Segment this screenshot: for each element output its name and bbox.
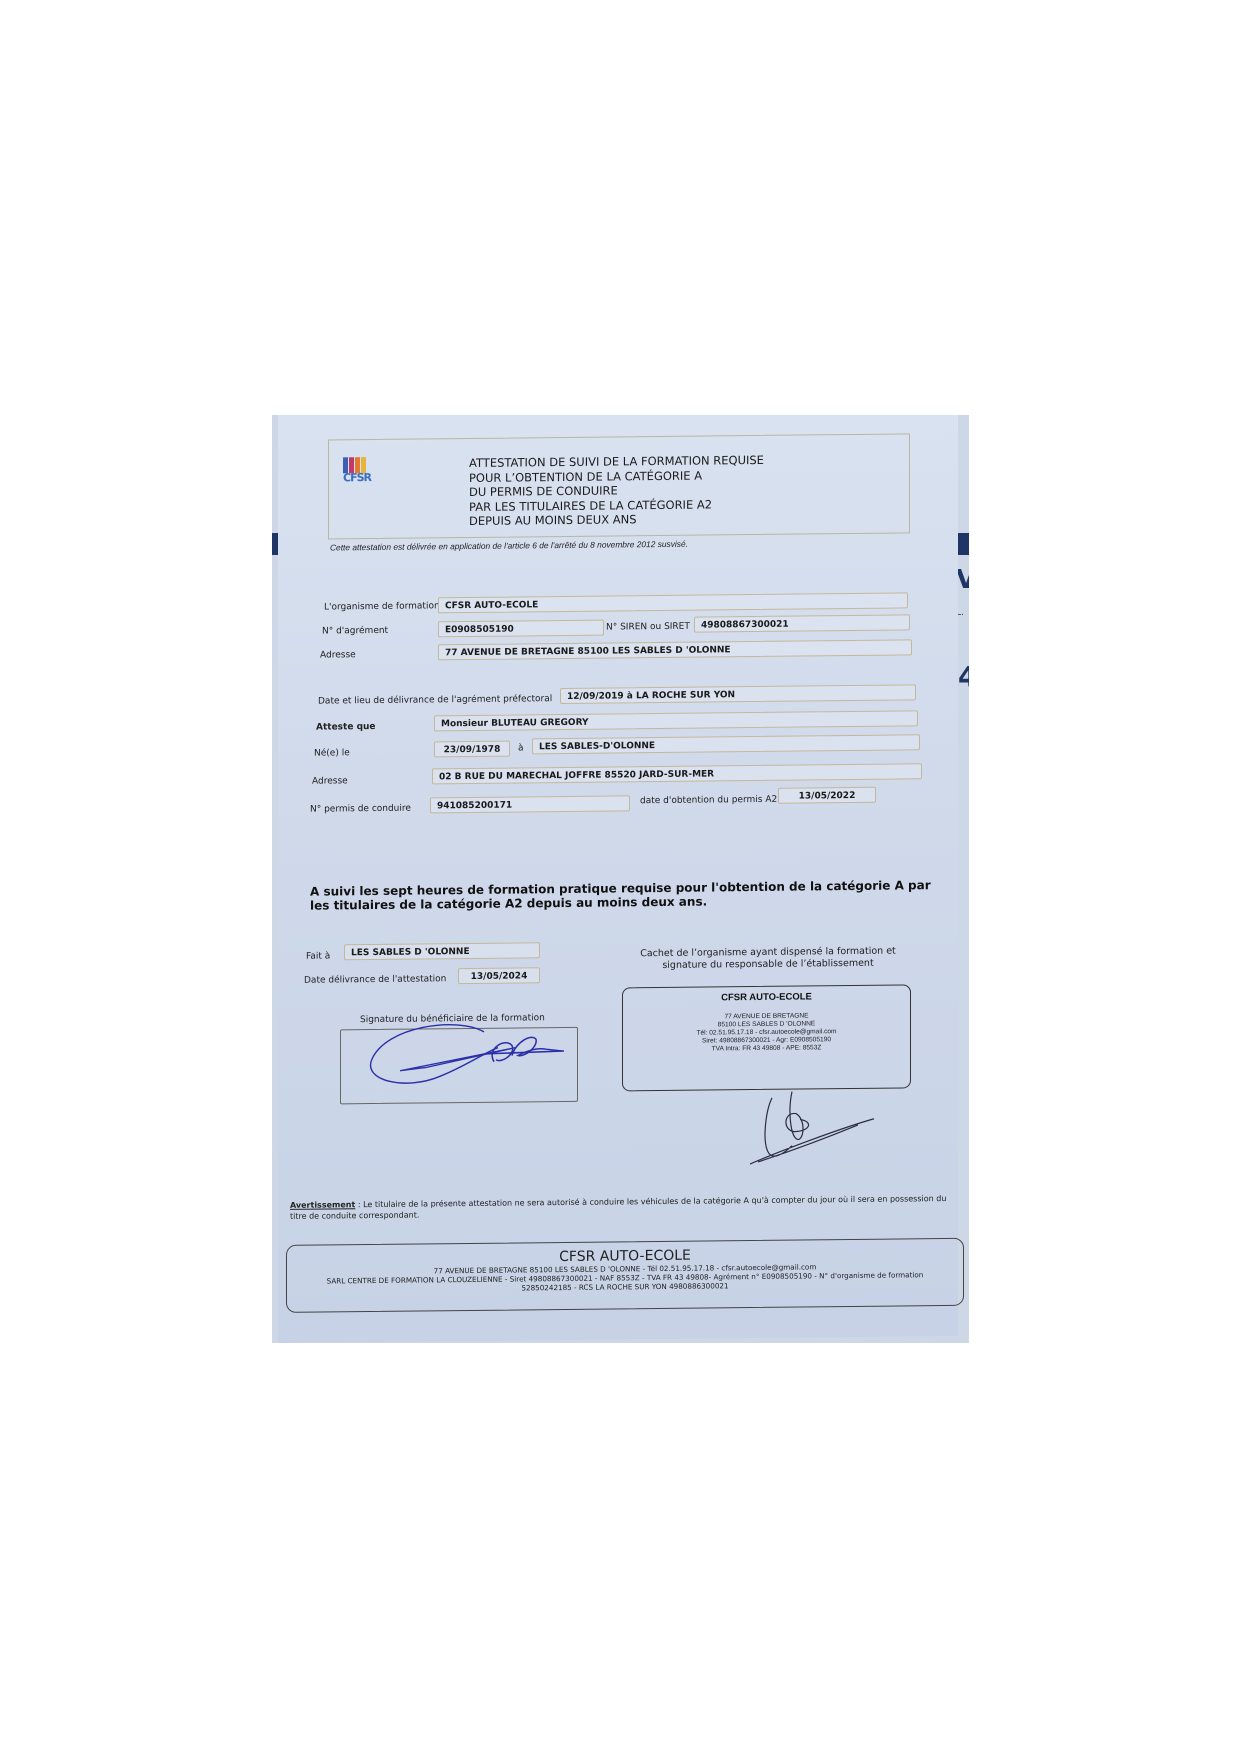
label-permis: N° permis de conduire [310,804,411,815]
label-adresse-organisme: Adresse [320,650,356,660]
field-organisme: CFSR AUTO-ECOLE [438,592,908,613]
field-fait-a: LES SABLES D 'OLONNE [344,942,540,960]
label-adresse-beneficiaire: Adresse [312,776,348,786]
field-adresse-organisme: 77 AVENUE DE BRETAGNE 85100 LES SABLES D… [438,639,912,660]
label-organisme: L'organisme de formation [324,601,440,612]
field-nom: Monsieur BLUTEAU GREGORY [434,710,918,731]
label-date-agrement: Date et lieu de délivrance de l'agrément… [318,694,552,706]
cfsr-logo: CFSR [343,457,369,487]
field-agrement: E0908505190 [438,620,604,638]
label-atteste-que: Atteste que [316,722,376,733]
document-photo: V L. I 4 CFSR ATTESTATION DE SUIVI DE LA… [272,415,969,1343]
label-date-a2: date d'obtention du permis A2 [640,795,777,806]
stamp-caption-line: signature du responsable de l’établissem… [638,958,898,973]
stamp-name: CFSR AUTO-ECOLE [623,990,910,1004]
label-a: à [518,743,524,753]
document-title: ATTESTATION DE SUIVI DE LA FORMATION REQ… [469,453,764,529]
stamp-line: TVA Intra: FR 43 49808 - APE: 8553Z [623,1043,910,1054]
field-date-agrement: 12/09/2019 à LA ROCHE SUR YON [560,684,916,704]
field-siret: 49808867300021 [694,614,910,632]
warning-notice: Avertissement : Le titulaire de la prése… [290,1193,960,1222]
title-line: DEPUIS AU MOINS DEUX ANS [469,511,764,529]
label-ne-le: Né(e) le [314,748,350,758]
field-adresse-beneficiaire: 02 B RUE DU MARECHAL JOFFRE 85520 JARD-S… [432,763,922,784]
label-siret: N° SIREN ou SIRET [606,622,690,633]
organisation-stamp: CFSR AUTO-ECOLE 77 AVENUE DE BRETAGNE 85… [622,984,911,1091]
field-date-naissance: 23/09/1978 [434,741,510,758]
field-date-a2: 13/05/2022 [778,787,876,804]
label-date-delivrance: Date délivrance de l'attestation [304,974,446,985]
field-permis: 941085200171 [430,795,630,813]
background-sign-digit: 4 [958,660,969,693]
label-fait-a: Fait à [306,951,330,961]
title-line: ATTESTATION DE SUIVI DE LA FORMATION REQ… [469,453,764,471]
label-agrement: N° d'agrément [322,626,388,637]
warning-title: Avertissement [290,1200,355,1210]
field-date-delivrance: 13/05/2024 [458,967,540,984]
field-lieu-naissance: LES SABLES-D'OLONNE [532,734,920,754]
logo-text: CFSR [343,471,371,484]
legal-intro: Cette attestation est délivrée en applic… [330,539,688,553]
attestation-paper: CFSR ATTESTATION DE SUIVI DE LA FORMATIO… [278,415,958,1343]
warning-text: : Le titulaire de la présente attestatio… [290,1194,946,1221]
beneficiary-signature-icon [366,1017,586,1099]
training-statement: A suivi les sept heures de formation pra… [310,878,940,913]
stamp-details: 77 AVENUE DE BRETAGNE 85100 LES SABLES D… [623,1011,910,1054]
manager-signature-icon [748,1089,888,1170]
footer-box: CFSR AUTO-ECOLE 77 AVENUE DE BRETAGNE 85… [286,1238,964,1313]
header-box: CFSR ATTESTATION DE SUIVI DE LA FORMATIO… [328,433,910,539]
stamp-caption: Cachet de l’organisme ayant dispensé la … [638,946,898,973]
